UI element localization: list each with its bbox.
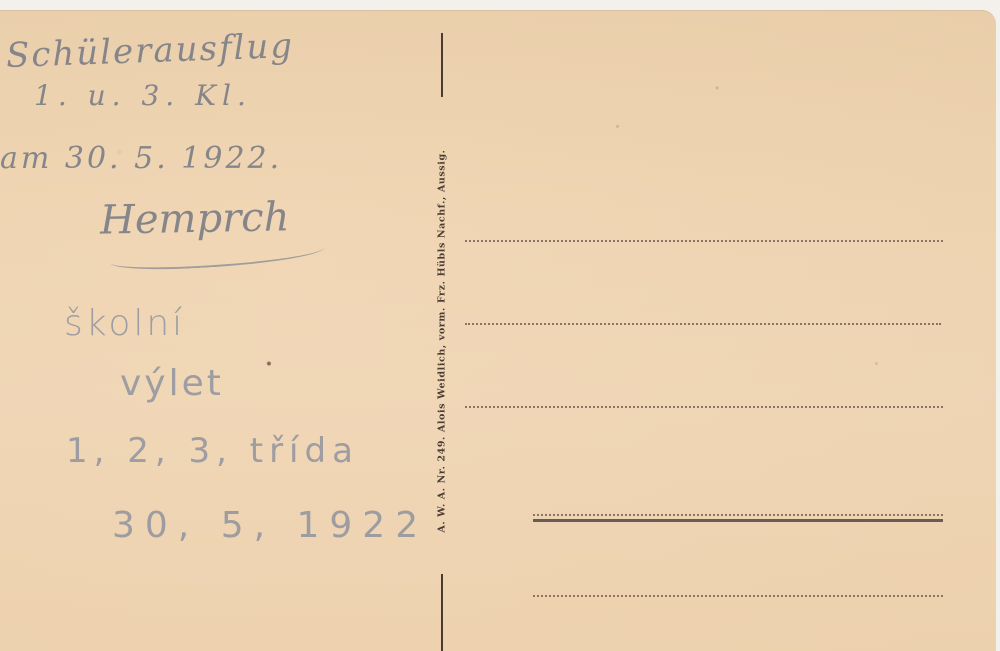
address-line-1 [465, 240, 943, 242]
note-german-line-2: 1. u. 3. Kl. [34, 79, 252, 112]
address-line-underline [533, 519, 943, 522]
signature: Hemprch [100, 194, 290, 243]
note-czech-line-1: školní [64, 303, 185, 344]
address-line-3 [465, 406, 943, 408]
note-czech-line-2: výlet [120, 363, 224, 404]
note-german-line-3: am 30. 5. 1922. [0, 141, 282, 176]
address-line-5 [533, 595, 943, 597]
address-line-4 [533, 514, 943, 516]
divider-line-bottom [441, 574, 443, 651]
printer-imprint: A. W. A. Nr. 249. Alois Weidlich, vorm. … [437, 149, 448, 532]
address-line-2 [465, 323, 941, 325]
postcard-back: Schülerausflug 1. u. 3. Kl. am 30. 5. 19… [0, 10, 996, 651]
note-german-line-1: Schülerausflug [5, 26, 294, 76]
scanned-postcard: Schülerausflug 1. u. 3. Kl. am 30. 5. 19… [0, 0, 1000, 651]
note-czech-line-3: 1, 2, 3, třída [66, 431, 359, 471]
note-czech-line-4: 30, 5, 1922 [112, 505, 428, 546]
divider-line-top [441, 33, 443, 97]
